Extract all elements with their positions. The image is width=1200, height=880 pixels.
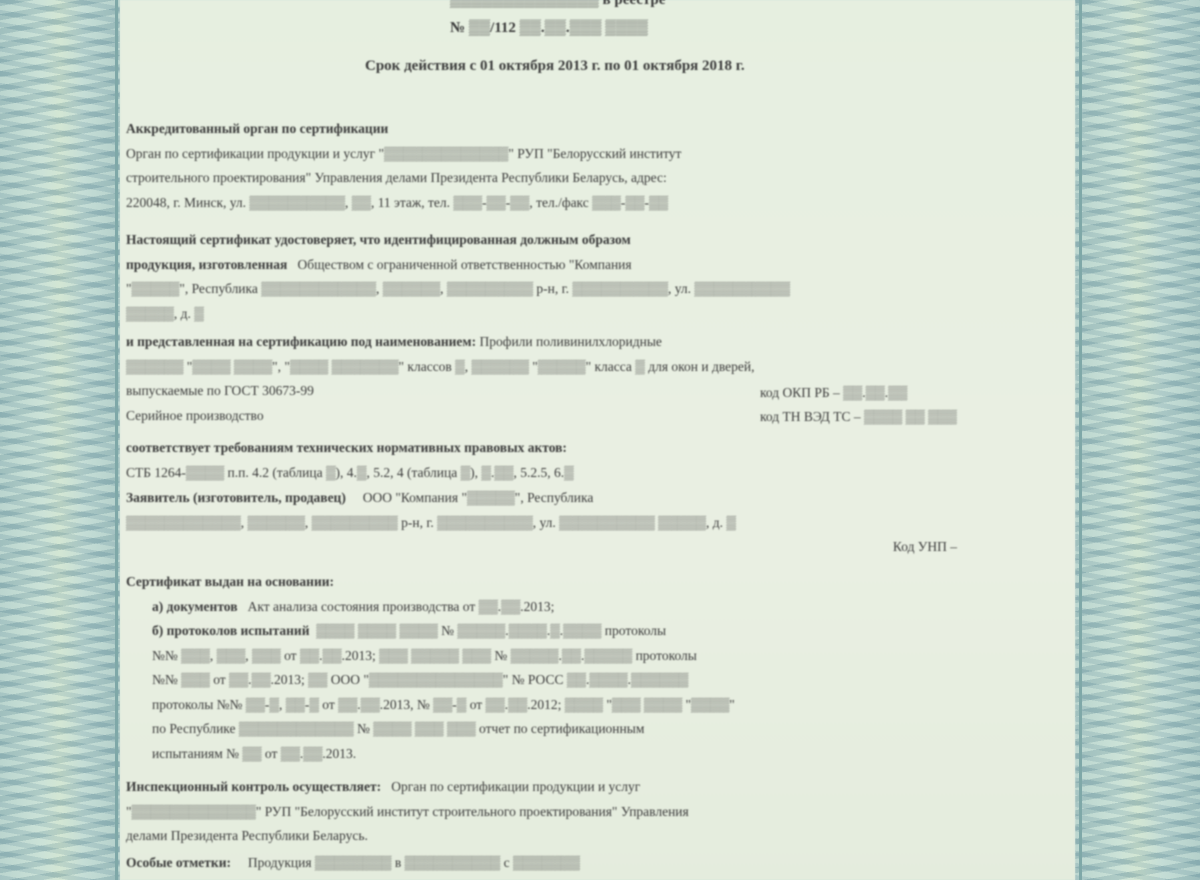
text-line: ООО "Компания "▒▒▒▒▒", Республика xyxy=(363,490,594,505)
text-line: 220048, г. Минск, ул. ▒▒▒▒▒▒▒▒▒▒, ▒▒, 11… xyxy=(126,191,1067,216)
text-line: ▒▒▒▒▒▒▒▒▒▒▒▒, ▒▒▒▒▒▒, ▒▒▒▒▒▒▒▒▒ р-н, г. … xyxy=(126,511,1067,536)
text-line: ▒▒▒▒ ▒▒▒▒ ▒▒▒▒ № ▒▒▒▒▒.▒▒▒▒.▒.▒▒▒▒ прото… xyxy=(316,623,666,638)
left-ornamental-border xyxy=(0,0,120,880)
accredited-body-section: Аккредитованный орган по сертификации Ор… xyxy=(126,117,1067,215)
text-line: выпускаемые по ГОСТ 30673-99 xyxy=(126,379,1067,404)
text-line: "▒▒▒▒▒", Республика ▒▒▒▒▒▒▒▒▒▒▒▒, ▒▒▒▒▒▒… xyxy=(126,277,1067,302)
basis-section: Сертификат выдан на основании: а) докуме… xyxy=(126,570,1067,766)
basis-a-label: а) документов xyxy=(152,599,237,614)
validity-period: Срок действия с 01 октября 2013 г. по 01… xyxy=(365,58,745,75)
certifies-section: Настоящий сертификат удостоверяет, что и… xyxy=(126,228,1067,326)
section-title: Сертификат выдан на основании: xyxy=(126,570,1067,595)
text-line: ▒▒▒▒▒, д. ▒ xyxy=(126,302,1067,327)
section-title: Аккредитованный орган по сертификации xyxy=(126,117,1067,142)
tnved-code: код ТН ВЭД ТС – ▒▒▒▒ ▒▒ ▒▒▒ xyxy=(760,409,957,425)
requirements-section: соответствует требованиям технических но… xyxy=(126,436,1067,485)
section-lead: Настоящий сертификат удостоверяет, что и… xyxy=(126,228,1067,253)
certificate-number: № ▒▒/112 ▒▒.▒▒.▒▒▒ ▒▒▒▒ xyxy=(450,20,648,37)
text-line: по Республике ▒▒▒▒▒▒▒▒▒▒▒▒ № ▒▒▒▒ ▒▒▒ ▒▒… xyxy=(126,717,1067,742)
inspection-section: Инспекционный контроль осуществляет: Орг… xyxy=(126,775,1067,849)
text-line: Акт анализа состояния производства от ▒▒… xyxy=(248,599,555,614)
certificate-page: ▒▒▒▒▒▒▒▒▒▒▒▒▒▒ в реестре № ▒▒/112 ▒▒.▒▒.… xyxy=(120,0,1075,880)
text-line: №№ ▒▒▒ от ▒▒.▒▒.2013; ▒▒ ООО "▒▒▒▒▒▒▒▒▒▒… xyxy=(126,668,1067,693)
text-line: протоколы №№ ▒▒-▒, ▒▒-▒ от ▒▒.▒▒.2013, №… xyxy=(126,693,1067,718)
section-lead: продукция, изготовленная xyxy=(126,257,287,272)
text-line: ▒▒▒▒▒▒ "▒▒▒▒ ▒▒▒▒", "▒▒▒▒ ▒▒▒▒▒▒▒" класс… xyxy=(126,355,1067,380)
text-line: Профили поливинилхлоридные xyxy=(479,334,661,349)
text-line: Продукция ▒▒▒▒▒▒▒▒ в ▒▒▒▒▒▒▒▒▒▒ с ▒▒▒▒▒▒… xyxy=(248,855,580,870)
text-line: делами Президента Республики Беларусь. xyxy=(126,824,1067,849)
basis-b-label: б) протоколов испытаний xyxy=(152,623,309,638)
section-lead: Инспекционный контроль осуществляет: xyxy=(126,779,381,794)
registry-line: ▒▒▒▒▒▒▒▒▒▒▒▒▒▒ в реестре xyxy=(450,0,665,9)
text-line: Обществом с ограниченной ответственность… xyxy=(297,257,631,272)
special-notes-section: Особые отметки: Продукция ▒▒▒▒▒▒▒▒ в ▒▒▒… xyxy=(126,851,1067,876)
text-line: №№ ▒▒▒, ▒▒▒, ▒▒▒ от ▒▒.▒▒.2013; ▒▒▒ ▒▒▒▒… xyxy=(126,644,1067,669)
text-line: испытаниям № ▒▒ от ▒▒.▒▒.2013. xyxy=(126,742,1067,767)
applicant-section: Заявитель (изготовитель, продавец) ООО "… xyxy=(126,486,1067,560)
section-lead: Особые отметки: xyxy=(126,855,231,870)
okp-code: код ОКП РБ – ▒▒.▒▒.▒▒ xyxy=(760,385,907,401)
text-line: Орган по сертификации продукции и услуг … xyxy=(126,142,1067,167)
right-ornamental-border xyxy=(1075,0,1200,880)
section-lead: соответствует требованиям технических но… xyxy=(126,436,1067,461)
section-lead: и представленная на сертификацию под наи… xyxy=(126,334,476,349)
text-line: Орган по сертификации продукции и услуг xyxy=(391,779,640,794)
unp-code: Код УНП – xyxy=(126,535,1067,560)
text-line: строительного проектирования" Управления… xyxy=(126,166,1067,191)
text-line: "▒▒▒▒▒▒▒▒▒▒▒▒▒" РУП "Белорусский институ… xyxy=(126,800,1067,825)
section-lead: Заявитель (изготовитель, продавец) xyxy=(126,490,346,505)
text-line: СТБ 1264-▒▒▒▒ п.п. 4.2 (таблица ▒), 4.▒,… xyxy=(126,461,1067,486)
